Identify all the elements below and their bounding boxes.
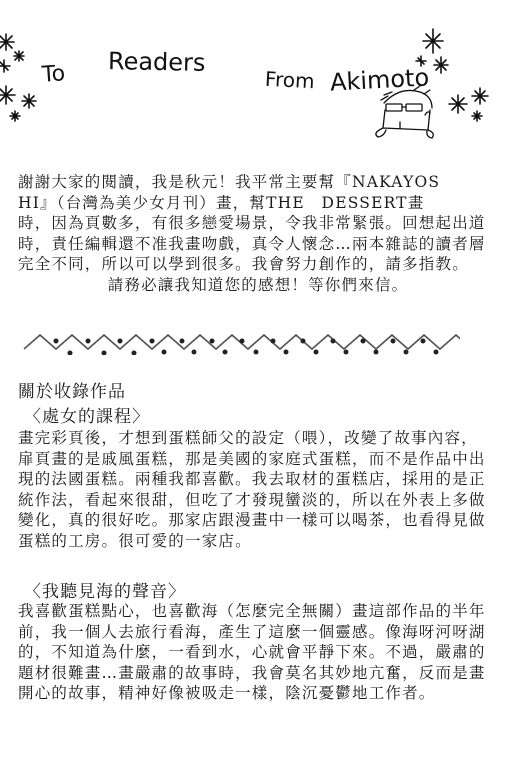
work-line: 變化，真的很好吃。那家店跟漫畫中一樣可以喝茶，也看得見做 (18, 510, 498, 531)
zigzag-divider (20, 325, 460, 355)
greeting-closing: 請務必讓我知道您的感想！等你們來信。 (18, 275, 498, 296)
work-line: 我喜歡蛋糕點心，也喜歡海（怎麼完全無關）畫這部作品的半年 (18, 601, 498, 622)
to-heading: To (41, 61, 66, 88)
work-line: 的，不知道為什麼，一看到水，心就會平靜下來。不過，嚴肅的 (18, 642, 498, 663)
work-line: 畫完彩頁後，才想到蛋糕師父的設定（喂），改變了故事內容， (18, 428, 498, 449)
work-line: 統作法，看起來很甜，但吃了才發現蠻淡的，所以在外表上多做 (18, 490, 498, 511)
work-line: 題材很難畫…畫嚴肅的故事時，我會莫名其妙地亢奮，反而是畫 (18, 663, 498, 684)
work-title: 〈我聽見海的聲音〉 (24, 577, 186, 602)
greeting-paragraph: 謝謝大家的閱讀，我是秋元！我平常主要幫『NAKAYOS HI』（台灣為美少女月刊… (18, 172, 498, 295)
greeting-line: 謝謝大家的閱讀，我是秋元！我平常主要幫『NAKAYOS (18, 172, 498, 193)
author-name: Akimoto (329, 63, 429, 96)
work-line: 前，我一個人去旅行看海，產生了這麼一個靈感。像海呀河呀湖 (18, 622, 498, 643)
author-doodle-icon (376, 86, 433, 138)
work-line: 現的法國蛋糕。兩種我都喜歡。我去取材的蛋糕店，採用的是正 (18, 469, 498, 490)
greeting-line: HI』（台灣為美少女月刊）畫，幫THE DESSERT畫 (18, 193, 498, 214)
asterisk-stars-decoration (0, 0, 512, 150)
work-description: 我喜歡蛋糕點心，也喜歡海（怎麼完全無關）畫這部作品的半年 前，我一個人去旅行看海… (18, 601, 498, 704)
work-line: 蛋糕的工房。很可愛的一家店。 (18, 531, 498, 552)
work-title: 〈處女的課程〉 (24, 402, 150, 427)
from-label: From (264, 67, 315, 94)
work-line: 扉頁畫的是戚風蛋糕，那是美國的家庭式蛋糕，而不是作品中出 (18, 449, 498, 470)
work-line: 開心的故事，精神好像被吸走一樣，陰沉憂鬱地工作者。 (18, 683, 498, 704)
greeting-line: 時，因為頁數多，有很多戀愛場景，令我非常緊張。回想起出道 (18, 213, 498, 234)
greeting-line: 時，責任編輯還不准我畫吻戲，真令人懷念…兩本雜誌的讀者層 (18, 234, 498, 255)
readers-heading: Readers (108, 47, 206, 77)
greeting-line: 完全不同，所以可以學到很多。我會努力創作的，請多指教。 (18, 254, 498, 275)
section-title: 關於收錄作品 (18, 377, 126, 402)
work-description: 畫完彩頁後，才想到蛋糕師父的設定（喂），改變了故事內容， 扉頁畫的是戚風蛋糕，那… (18, 428, 498, 551)
